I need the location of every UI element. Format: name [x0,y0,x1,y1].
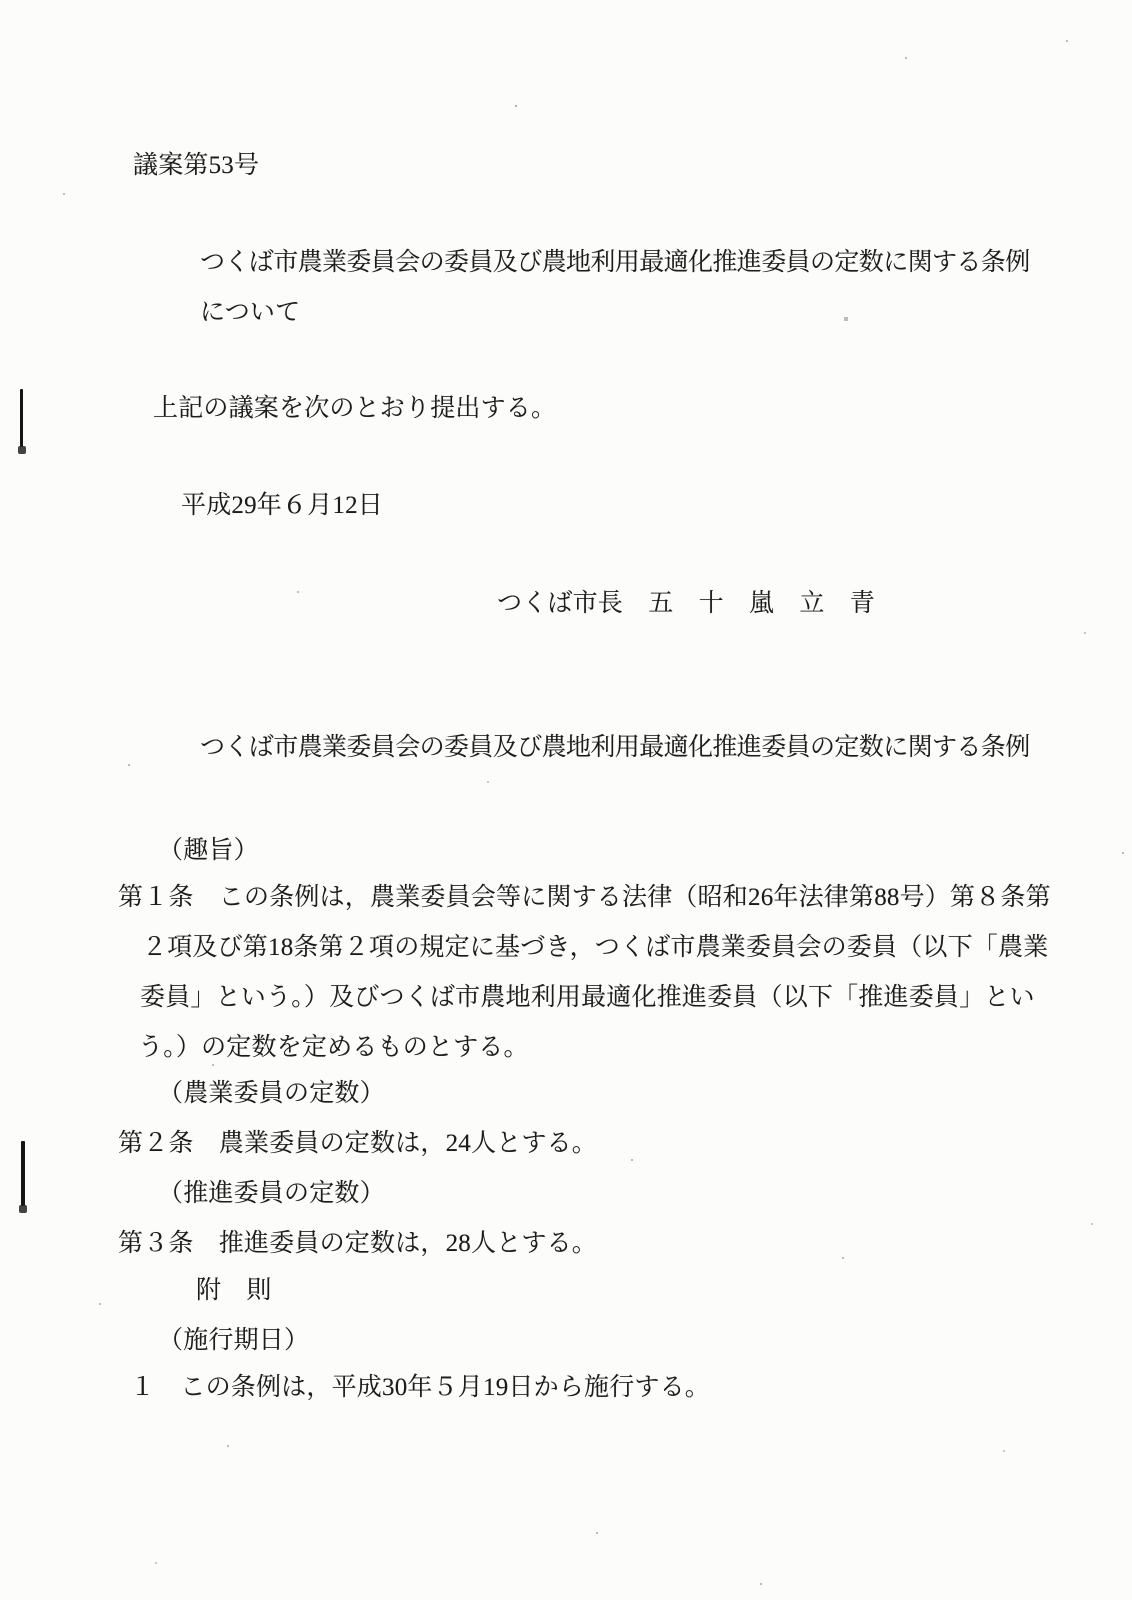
article3: 第３条 推進委員の定数は，28人とする。 [118,1228,597,1259]
enforcement-item: １ この条例は，平成30年５月19日から施行する。 [130,1372,710,1403]
scanned-document-page: 議案第53号 つくば市農業委員会の委員及び農地利用最適化推進委員の定数に関する条… [0,0,1132,1600]
subject-title-line2: について [200,297,300,328]
submitter-mayor-name: つくば市長 五 十 嵐 立 青 [497,588,875,619]
enforcement-date-heading: （施行期日） [158,1325,309,1356]
scan-artifact-mark-top [20,389,23,447]
purpose-heading: （趣旨） [158,835,259,866]
subject-title-line1: つくば市農業委員会の委員及び農地利用最適化推進委員の定数に関する条例 [200,247,1030,278]
submission-date: 平成29年６月12日 [181,490,383,521]
article1-line4: う。）の定数を定めるものとする。 [138,1032,529,1063]
promo-quota-heading: （推進委員の定数） [158,1178,385,1209]
bill-number: 議案第53号 [133,150,259,181]
submission-statement: 上記の議案を次のとおり提出する。 [153,393,556,424]
article1-line3: 委員」という。）及びつくば市農地利用最適化推進委員（以下「推進委員」とい [140,982,1035,1013]
article1-line2: ２項及び第18条第２項の規定に基づき，つくば市農業委員会の委員（以下「農業 [142,932,1048,963]
ordinance-title: つくば市農業委員会の委員及び農地利用最適化推進委員の定数に関する条例 [200,732,1030,763]
scan-artifact-mark-bottom [21,1141,25,1206]
agri-quota-heading: （農業委員の定数） [158,1078,385,1109]
article2: 第２条 農業委員の定数は，24人とする。 [118,1128,597,1159]
article1-line1: 第１条 この条例は，農業委員会等に関する法律（昭和26年法律第88号）第８条第 [118,882,1051,913]
supplementary-provisions-heading: 附 則 [196,1275,272,1306]
scan-noise-specks [0,0,2,2]
